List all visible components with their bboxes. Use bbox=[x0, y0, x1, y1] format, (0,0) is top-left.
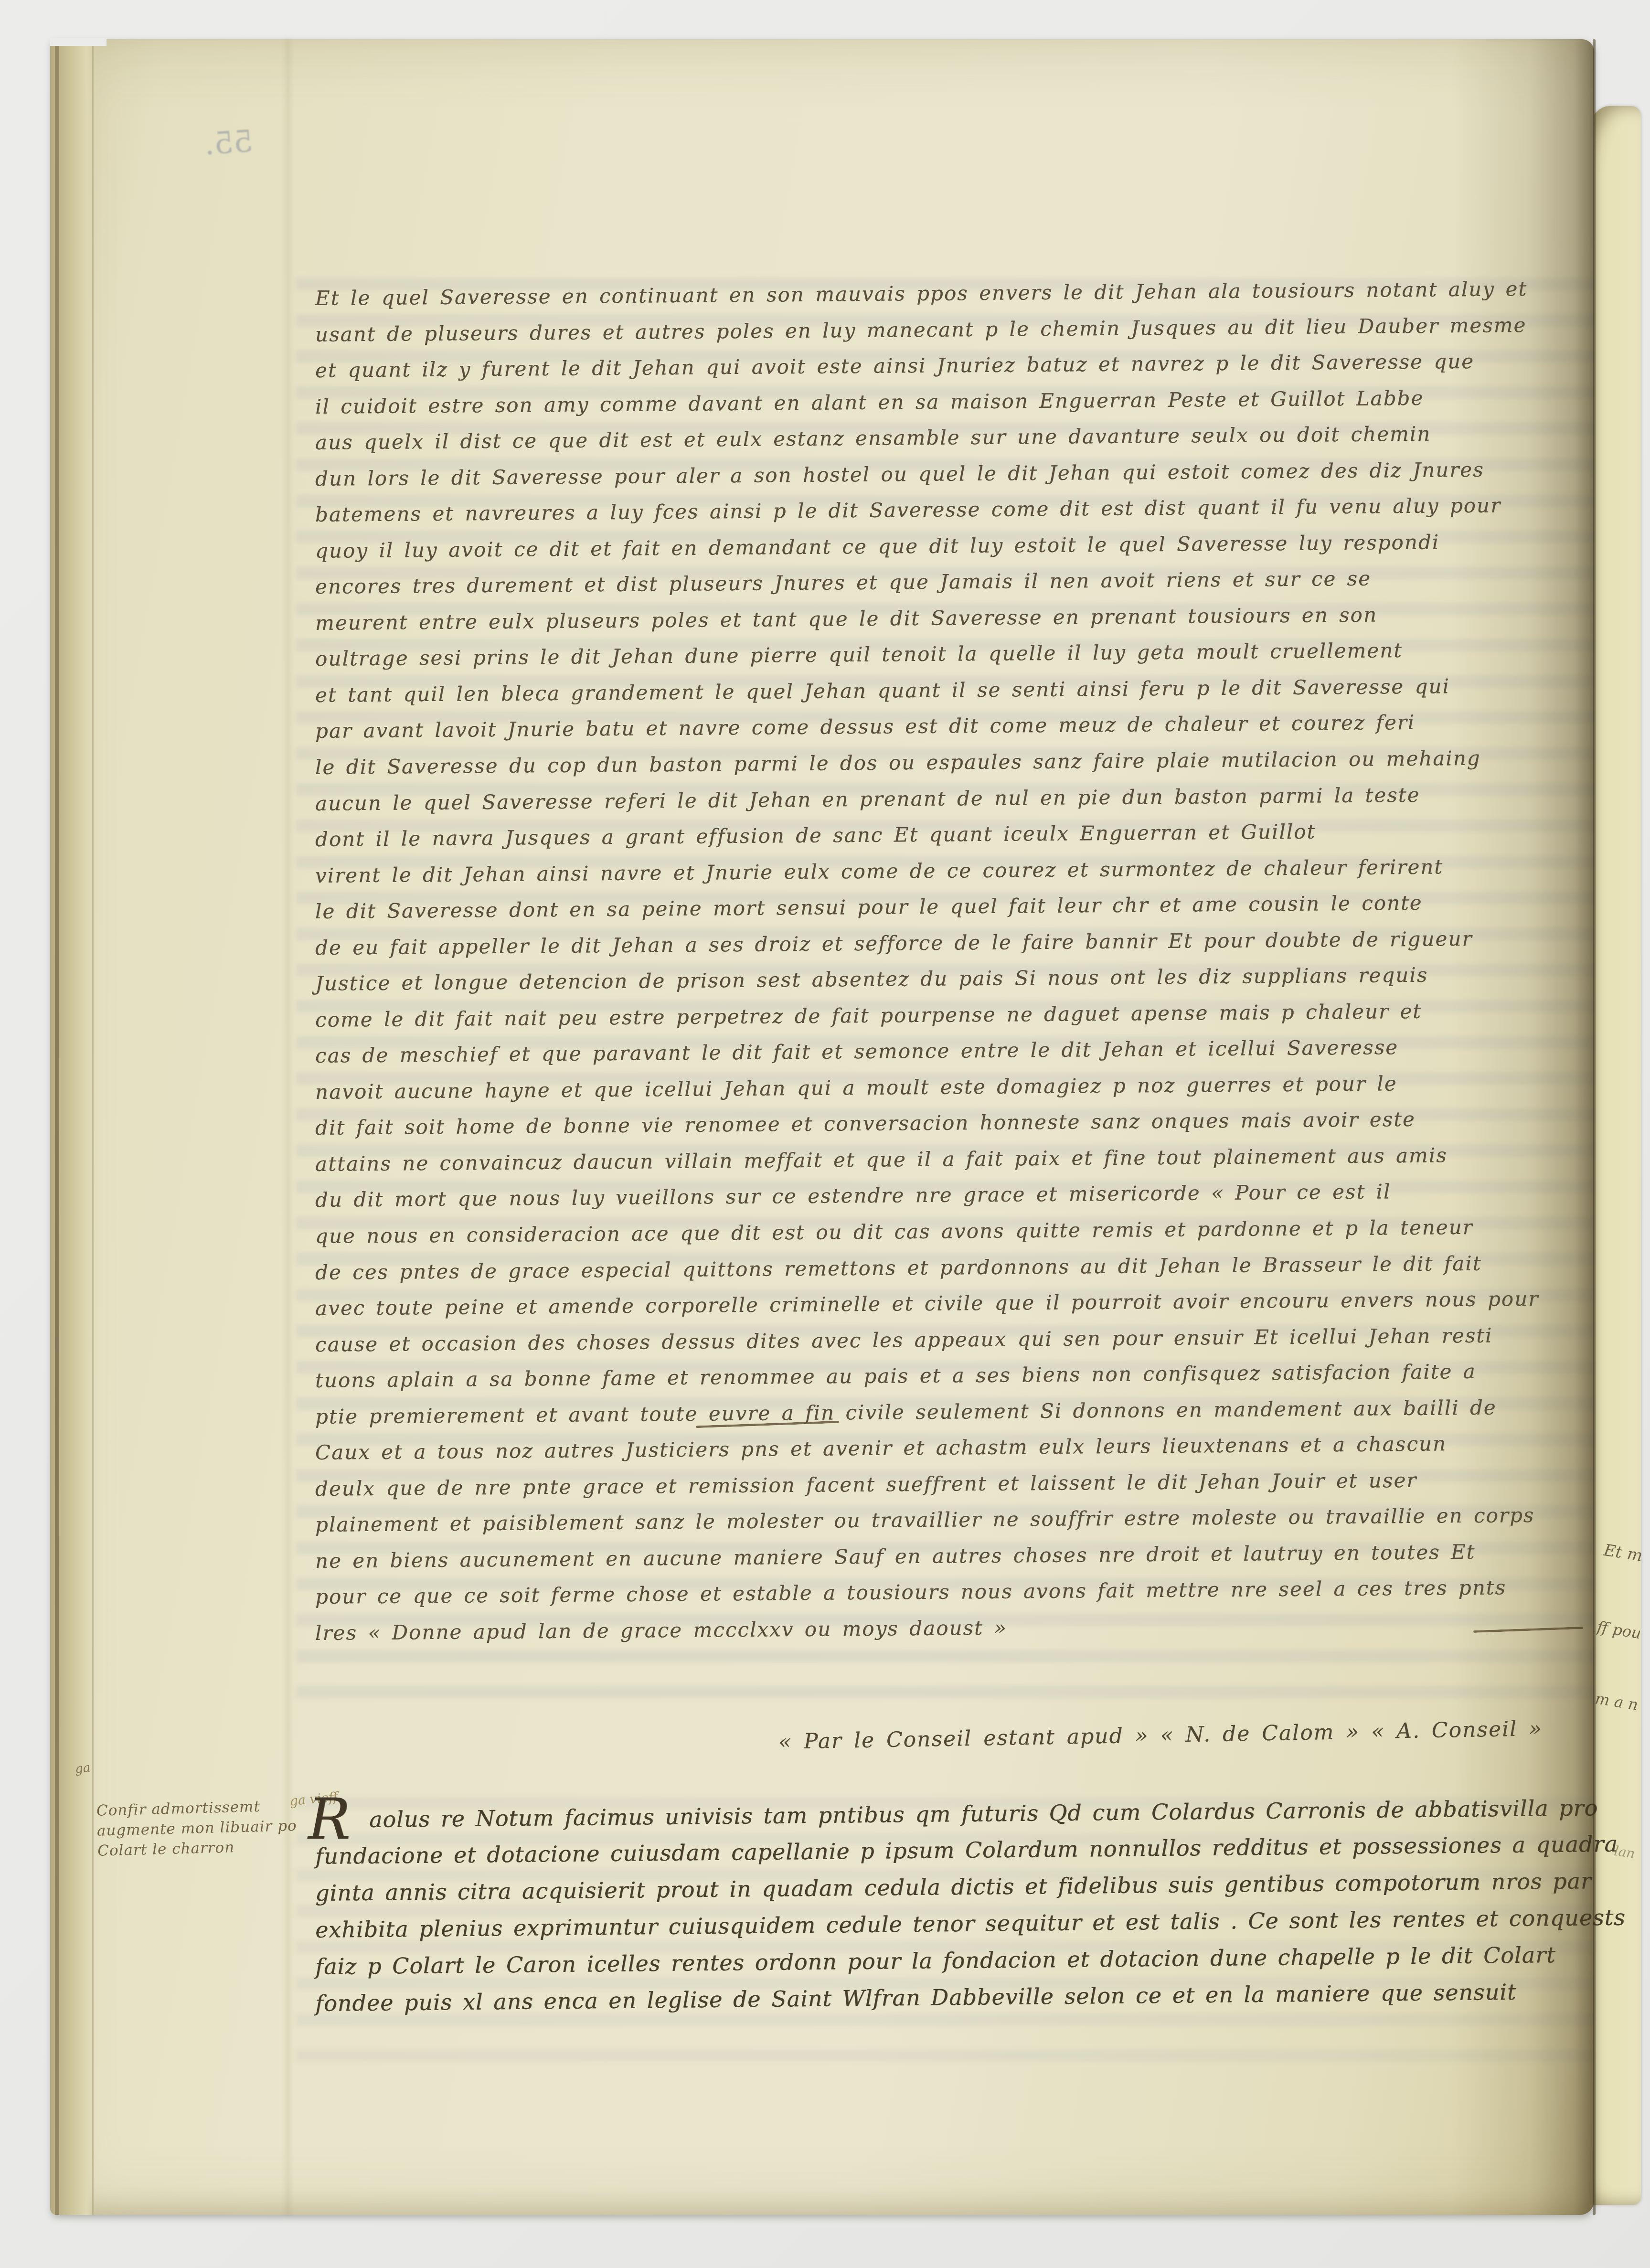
manuscript-line: ne en biens aucunement en aucune maniere… bbox=[315, 1540, 1605, 1572]
manuscript-line: oultrage sesi prins le dit Jehan dune pi… bbox=[315, 638, 1605, 670]
latin-line: ginta annis citra acquisierit prout in q… bbox=[315, 1869, 1605, 1906]
manuscript-line: ptie premierement et avant toute euvre a… bbox=[315, 1396, 1605, 1428]
manuscript-line: de eu fait appeller le dit Jehan a ses d… bbox=[315, 927, 1605, 959]
manuscript-page: 55. Et le quel Saveresse en continuant e… bbox=[50, 39, 1594, 2215]
gutter-fold-line-thin bbox=[92, 39, 94, 2215]
manuscript-line: aucun le quel Saveresse referi le dit Je… bbox=[315, 783, 1605, 815]
page-curl-shading bbox=[1451, 39, 1594, 2215]
manuscript-line: deulx que de nre pnte grace et remission… bbox=[315, 1468, 1605, 1500]
latin-paragraph-initial: R bbox=[308, 1791, 351, 1847]
manuscript-line: que nous en consideracion ace que dit es… bbox=[315, 1215, 1605, 1247]
bleedthrough-overlay-main bbox=[296, 278, 1595, 1715]
folio-showthrough-number: 55. bbox=[203, 124, 255, 162]
margin-mark: ga bbox=[75, 1761, 91, 1775]
page-corner-step bbox=[50, 38, 106, 46]
latin-line: fundacione et dotacione cuiusdam capella… bbox=[315, 1832, 1605, 1869]
manuscript-line: meurent entre eulx pluseurs poles et tan… bbox=[315, 602, 1605, 634]
manuscript-line: encores tres durement et dist pluseurs J… bbox=[315, 566, 1605, 598]
manuscript-line: le dit Saveresse dont en sa peine mort s… bbox=[315, 891, 1605, 923]
next-page-text-fragment: Et m bbox=[1602, 1541, 1644, 1565]
manuscript-line: lres « Donne apud lan de grace mccclxxv … bbox=[315, 1612, 1605, 1644]
latin-line: faiz p Colart le Caron icelles rentes or… bbox=[315, 1942, 1605, 1979]
manuscript-line: et quant ilz y furent le dit Jehan qui a… bbox=[315, 350, 1605, 382]
manuscript-line: cause et occasion des choses dessus dite… bbox=[315, 1324, 1605, 1356]
latin-line: exhibita plenius exprimuntur cuiusquidem… bbox=[315, 1906, 1605, 1942]
manuscript-line: du dit mort que nous luy vueillons sur c… bbox=[315, 1179, 1605, 1211]
scan-background: Et m ff pou m a nou lan 55. Et le quel S… bbox=[0, 0, 1650, 2268]
manuscript-line: plainement et paisiblement sanz le moles… bbox=[315, 1504, 1605, 1536]
subscription-line: « Par le Conseil estant apud » « N. de C… bbox=[778, 1717, 1543, 1754]
next-page-text-fragment: m a nou bbox=[1594, 1689, 1639, 1714]
vertical-crease bbox=[285, 39, 291, 2215]
manuscript-line: quoy il luy avoit ce dit et fait en dema… bbox=[315, 530, 1605, 562]
manuscript-line: il cuidoit estre son amy comme davant en… bbox=[315, 386, 1605, 418]
manuscript-line: de ces pntes de grace especial quittons … bbox=[315, 1252, 1605, 1284]
manuscript-line: dit fait soit home de bonne vie renomee … bbox=[315, 1107, 1605, 1139]
manuscript-line: come le dit fait nait peu estre perpetre… bbox=[315, 999, 1605, 1031]
latin-line: fondee puis xl ans enca en leglise de Sa… bbox=[315, 1979, 1605, 2016]
manuscript-line: dun lors le dit Saveresse pour aler a so… bbox=[315, 458, 1605, 490]
manuscript-line: Justice et longue detencion de prison se… bbox=[315, 963, 1605, 995]
manuscript-line: le dit Saveresse du cop dun baston parmi… bbox=[315, 746, 1605, 778]
manuscript-line: virent le dit Jehan ainsi navre et Jnuri… bbox=[315, 855, 1605, 887]
manuscript-line: attains ne convaincuz daucun villain mef… bbox=[315, 1143, 1605, 1175]
manuscript-line: tuons aplain a sa bonne fame et renommee… bbox=[315, 1360, 1605, 1392]
manuscript-line: dont il le navra Jusques a grant effusio… bbox=[315, 819, 1605, 851]
latin-line: aolus re Notum facimus univisis tam pnti… bbox=[369, 1796, 1606, 1831]
manuscript-line: Et le quel Saveresse en continuant en so… bbox=[315, 277, 1605, 309]
gutter-fold-line bbox=[55, 39, 59, 2215]
manuscript-line: cas de meschief et que paravant le dit f… bbox=[315, 1035, 1605, 1067]
manuscript-line: par avant lavoit Jnurie batu et navre co… bbox=[315, 710, 1605, 742]
manuscript-line: pour ce que ce soit ferme chose et estab… bbox=[315, 1576, 1605, 1608]
manuscript-line: navoit aucune hayne et que icellui Jehan… bbox=[315, 1071, 1605, 1103]
manuscript-line: batemens et navreures a luy fces ainsi p… bbox=[315, 494, 1605, 526]
manuscript-line: Caux et a tous noz autres Justiciers pns… bbox=[315, 1432, 1605, 1464]
manuscript-line: usant de pluseurs dures et autres poles … bbox=[315, 314, 1605, 346]
manuscript-line: aus quelx il dist ce que dit est et eulx… bbox=[315, 422, 1605, 454]
manuscript-line: et tant quil len bleca grandement le que… bbox=[315, 674, 1605, 706]
manuscript-line: avec toute peine et amende corporelle cr… bbox=[315, 1288, 1605, 1320]
page-right-seam bbox=[1593, 39, 1596, 2215]
